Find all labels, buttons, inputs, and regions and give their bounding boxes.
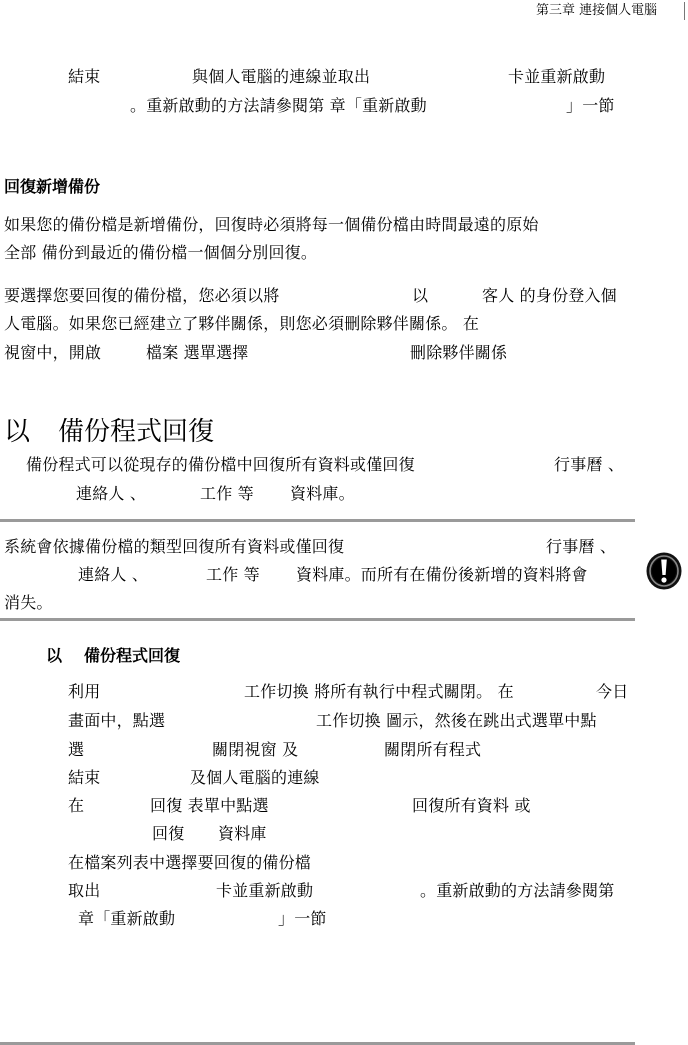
step-text: 畫面中，點選: [68, 711, 165, 731]
step-text: 取出: [68, 881, 100, 901]
note-text: 行事曆 、: [546, 537, 616, 557]
paragraph-text: 工作 等: [200, 484, 254, 504]
heading-text: 備份程式回復: [58, 417, 214, 447]
step-text: 資料庫: [218, 824, 267, 844]
step-text: 選: [68, 740, 84, 760]
step-text: 回復所有資料 或: [412, 796, 531, 816]
intro-text: 與個人電腦的連線並取出: [192, 67, 370, 87]
step-text: 」一節: [278, 909, 327, 929]
paragraph-text: 行事曆 、: [554, 455, 624, 475]
paragraph-text: 要選擇您要回復的備份檔，您必須以將: [4, 286, 279, 306]
section-title-incremental: 回復新增備份: [4, 174, 100, 197]
note-text: 連絡人 、: [78, 565, 148, 585]
note-bottom-rule: [0, 618, 635, 621]
paragraph-text: 客人 的身份登入個: [482, 286, 617, 306]
paragraph-text: 資料庫。: [290, 484, 355, 504]
note-text: 系統會依據備份檔的類型回復所有資料或僅回復: [4, 537, 344, 557]
step-text: 卡並重新啟動: [216, 881, 313, 901]
paragraph-text: 刪除夥伴關係: [410, 343, 507, 363]
paragraph-text: 如果您的備份檔是新增備份，回復時必須將每一個備份檔由時間最遠的原始: [4, 215, 539, 235]
paragraph-text: 人電腦。如果您已經建立了夥伴關係，則您必須刪除夥伴關係。 在: [4, 314, 479, 334]
paragraph-text: 以: [412, 286, 428, 306]
paragraph-text: 視窗中，開啟: [4, 343, 101, 363]
step-text: 工作切換 圖示，然後在跳出式選單中點: [316, 711, 597, 731]
intro-text: 。重新啟動的方法請參閱第 章「重新啟動: [130, 96, 427, 116]
step-text: 在: [68, 796, 84, 816]
step-text: 回復 表單中點選: [150, 796, 269, 816]
header-divider: [684, 2, 685, 20]
intro-text: 卡並重新啟動: [508, 67, 605, 87]
intro-text: 結束: [68, 67, 100, 87]
warning-exclamation-icon: [645, 551, 683, 591]
heading-prefix: 以: [4, 417, 30, 447]
step-text: 在檔案列表中選擇要回復的備份檔: [68, 853, 311, 873]
heading-prefix: 以: [46, 643, 62, 666]
step-text: 關閉所有程式: [384, 740, 481, 760]
paragraph-text: 檔案 選單選擇: [146, 343, 249, 363]
step-text: 今日: [596, 682, 628, 702]
step-text: 回復: [152, 824, 184, 844]
note-top-rule: [0, 519, 635, 522]
intro-text: 」一節: [566, 96, 615, 116]
step-text: 結束: [68, 768, 100, 788]
paragraph-text: 備份程式可以從現存的備份檔中回復所有資料或僅回復: [26, 455, 415, 475]
step-text: 利用: [68, 682, 100, 702]
note-text: 工作 等: [206, 565, 260, 585]
step-text: 工作切換 將所有執行中程式關閉。 在: [244, 682, 514, 702]
heading-text: 備份程式回復: [84, 643, 180, 666]
paragraph-text: 全部 備份到最近的備份檔一個個分別回復。: [4, 243, 317, 263]
step-text: 。重新啟動的方法請參閱第: [420, 881, 614, 901]
chapter-header: 第三章 連接個人電腦: [536, 3, 657, 19]
note-text: 消失。: [4, 593, 53, 613]
step-text: 及個人電腦的連線: [190, 768, 320, 788]
step-text: 關閉視窗 及: [212, 740, 298, 760]
note-text: 資料庫。而所有在備份後新增的資料將會: [296, 565, 588, 585]
step-text: 章「重新啟動: [78, 909, 175, 929]
paragraph-text: 連絡人 、: [76, 484, 146, 504]
